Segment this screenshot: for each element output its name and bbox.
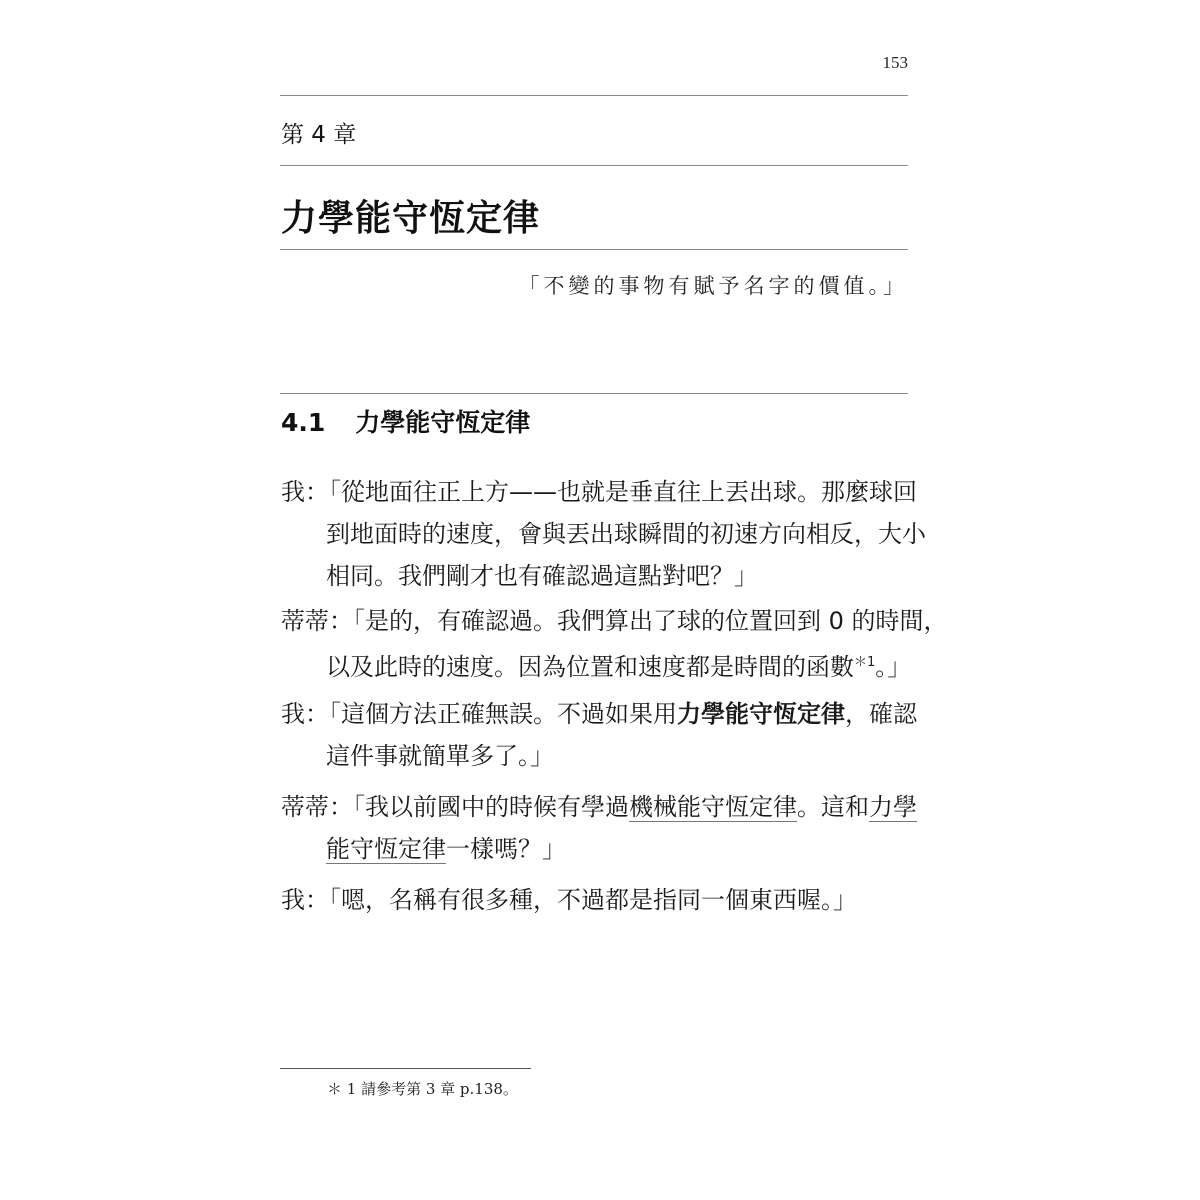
- section-rule: [280, 393, 908, 394]
- title-rule: [280, 249, 908, 250]
- speaker-label: 我：: [281, 886, 329, 914]
- dialogue-line: 蒂蒂：「我以前國中的時候有學過機械能守恆定律。這和力學: [281, 786, 909, 828]
- speaker-label: 蒂蒂：: [281, 793, 353, 821]
- key-term: 力學能守恆定律: [677, 700, 845, 728]
- dialogue-block: 蒂蒂：「是的，有確認過。我們算出了球的位置回到 0 的時間， 以及此時的速度。因…: [281, 600, 909, 688]
- dialogue-line: 能守恆定律一樣嗎？」: [281, 828, 909, 870]
- speaker-label: 我：: [281, 700, 329, 728]
- dialogue-block: 我：「嗯，名稱有很多種，不過都是指同一個東西喔。」: [281, 879, 909, 921]
- dialogue-line: 我：「這個方法正確無誤。不過如果用力學能守恆定律，確認: [281, 693, 909, 735]
- chapter-title: 力學能守恆定律: [281, 190, 540, 241]
- dialogue-block: 我：「從地面往正上方——也就是垂直往上丟出球。那麼球回 到地面時的速度，會與丟出…: [281, 471, 909, 597]
- section-heading: 4.1力學能守恆定律: [281, 403, 530, 439]
- dialogue-block: 蒂蒂：「我以前國中的時候有學過機械能守恆定律。這和力學 能守恆定律一樣嗎？」: [281, 786, 909, 870]
- footnote-rule: [280, 1068, 531, 1069]
- top-rule: [280, 95, 908, 96]
- dialogue-line: 這件事就簡單多了。」: [281, 735, 909, 777]
- dialogue-block: 我：「這個方法正確無誤。不過如果用力學能守恆定律，確認 這件事就簡單多了。」: [281, 693, 909, 777]
- chapter-label: 第 4 章: [281, 116, 356, 149]
- dialogue-line: 以及此時的速度。因為位置和速度都是時間的函數＊1。」: [281, 642, 909, 688]
- speaker-label: 蒂蒂：: [281, 607, 353, 635]
- underlined-term: 力學: [869, 793, 917, 822]
- section-number: 4.1: [281, 408, 325, 437]
- section-title: 力學能守恆定律: [355, 408, 530, 437]
- dialogue-line: 相同。我們剛才也有確認過這點對吧？」: [281, 555, 909, 597]
- dialogue-line: 到地面時的速度，會與丟出球瞬間的初速方向相反，大小: [281, 513, 909, 555]
- chapter-rule: [280, 165, 908, 166]
- page-number: 153: [883, 53, 909, 73]
- dialogue-line: 蒂蒂：「是的，有確認過。我們算出了球的位置回到 0 的時間，: [281, 600, 909, 642]
- underlined-term: 機械能守恆定律: [629, 793, 797, 822]
- dialogue-line: 我：「從地面往正上方——也就是垂直往上丟出球。那麼球回: [281, 471, 909, 513]
- dialogue-line: 我：「嗯，名稱有很多種，不過都是指同一個東西喔。」: [281, 879, 909, 921]
- epigraph: 「不變的事物有賦予名字的價值。」: [519, 270, 909, 300]
- footnote: ＊ 1 請參考第 3 章 p.138。: [327, 1078, 518, 1099]
- underlined-term: 能守恆定律: [326, 835, 446, 864]
- footnote-ref[interactable]: ＊1: [854, 655, 875, 670]
- speaker-label: 我：: [281, 478, 329, 506]
